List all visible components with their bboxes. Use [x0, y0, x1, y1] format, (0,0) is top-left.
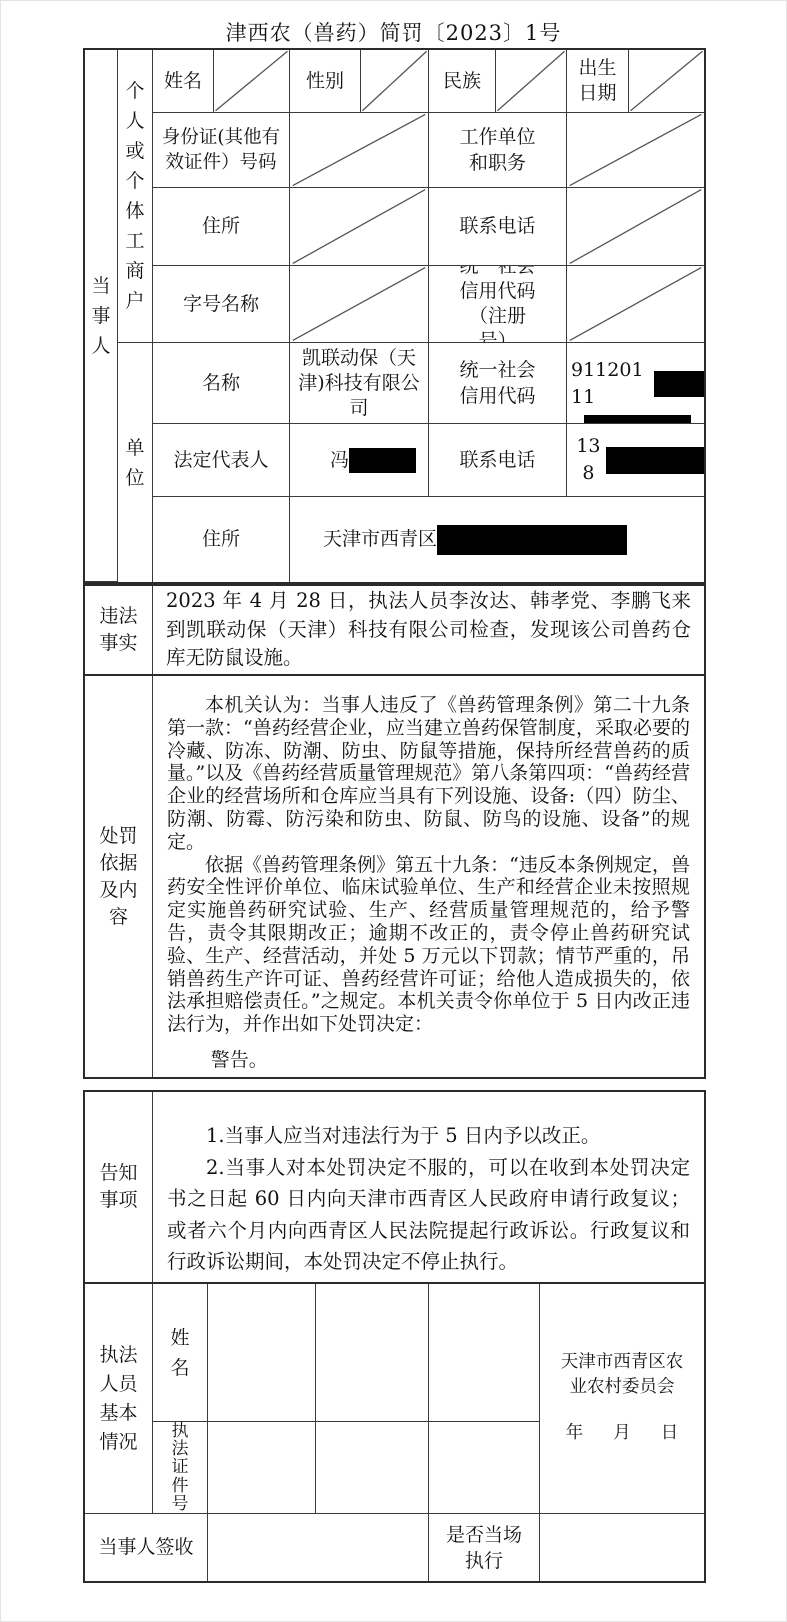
individual-gender-blank: [361, 50, 429, 113]
individual-ethnic-blank: [496, 50, 567, 113]
redaction-block: [349, 448, 416, 473]
diagonal-slash-icon: [629, 50, 704, 112]
individual-group-label: 个人或个体工商户: [118, 50, 153, 343]
officer-cert-cell: [316, 1422, 429, 1514]
unit-group-label: 单位: [118, 343, 153, 582]
diagonal-slash-icon: [496, 50, 566, 112]
unit-legal-rep-value: 冯: [290, 424, 429, 497]
unit-address-value: 天津市西青区: [290, 497, 704, 582]
officers-section-label: 执法人员基本情况: [85, 1284, 153, 1514]
diagonal-slash-icon: [290, 266, 428, 342]
diagonal-slash-icon: [214, 50, 289, 112]
unit-address-label: 住所: [153, 497, 290, 582]
day-label: 日: [661, 1420, 679, 1447]
year-label: 年: [566, 1420, 584, 1447]
diagonal-slash-icon: [567, 113, 704, 187]
notice-item-2: 2.当事人对本处罚决定不服的，可以在收到本处罚决定书之日起 60 日内向天津市西…: [167, 1152, 690, 1278]
individual-id-blank: [290, 113, 429, 188]
notice-label: 告知事项: [85, 1092, 153, 1282]
notice-content: 1.当事人应当对违法行为于 5 日内予以改正。 2.当事人对本处罚决定不服的，可…: [153, 1092, 704, 1282]
penalty-decision-document: 津西农（兽药）简罚〔2023〕1号 当事人 个人或个体工商户 单位 姓名 性别 …: [0, 0, 787, 1622]
individual-address-label: 住所: [153, 188, 290, 266]
diagonal-slash-icon: [567, 188, 704, 265]
penalty-content: 本机关认为：当事人违反了《兽药管理条例》第二十九条第一款：“兽药经营企业，应当建…: [153, 676, 704, 1077]
individual-phone-label: 联系电话: [429, 188, 567, 266]
diagonal-slash-icon: [290, 188, 428, 265]
party-table: 当事人 个人或个体工商户 单位 姓名 性别 民族 出生日期: [83, 48, 706, 584]
month-label: 月: [613, 1420, 631, 1447]
individual-shop-name-label: 字号名称: [153, 266, 290, 343]
penalty-paragraph: 本机关认为：当事人违反了《兽药管理条例》第二十九条第一款：“兽药经营企业，应当建…: [167, 694, 690, 854]
individual-address-blank: [290, 188, 429, 266]
individual-credit-code-blank: [567, 266, 704, 343]
date-line: 年 月 日: [566, 1420, 679, 1447]
redaction-block: [654, 371, 704, 397]
individual-ethnic-label: 民族: [429, 50, 496, 113]
unit-credit-code-label: 统一社会信用代码: [429, 343, 567, 424]
redaction-block: [584, 415, 691, 425]
party-section-label: 当事人: [85, 50, 118, 582]
officer-cert-cell: [208, 1422, 316, 1514]
unit-name-label: 名称: [153, 343, 290, 424]
individual-phone-blank: [567, 188, 704, 266]
officers-table: 执法人员基本情况 姓名 天津市西青区农业农村委员会 年 月 日 执法证件号: [83, 1282, 706, 1583]
diagonal-slash-icon: [567, 266, 704, 342]
facts-content: 2023 年 4 月 28 日，执法人员李汝达、韩孝党、李鹏飞来到凯联动保（天津…: [153, 586, 704, 674]
individual-birth-blank: [629, 50, 704, 113]
notice-table: 告知事项 1.当事人应当对违法行为于 5 日内予以改正。 2.当事人对本处罚决定…: [83, 1090, 706, 1284]
authority-name: 天津市西青区农业农村委员会: [554, 1350, 690, 1400]
redaction-block: [437, 525, 627, 555]
party-receipt-label: 当事人签收: [85, 1514, 208, 1581]
officer-name-label: 姓名: [153, 1284, 208, 1422]
penalty-table: 处罚依据及内容 本机关认为：当事人违反了《兽药管理条例》第二十九条第一款：“兽药…: [83, 674, 706, 1079]
notice-item-1: 1.当事人应当对违法行为于 5 日内予以改正。: [167, 1120, 690, 1152]
penalty-decision: 警告。: [167, 1049, 690, 1072]
redaction-block: [606, 447, 704, 474]
individual-name-blank: [214, 50, 290, 113]
officer-name-cell: [316, 1284, 429, 1422]
individual-gender-label: 性别: [290, 50, 361, 113]
facts-label: 违法事实: [85, 586, 153, 674]
diagonal-slash-icon: [361, 50, 428, 112]
officer-name-cell: [429, 1284, 540, 1422]
unit-legal-rep-label: 法定代表人: [153, 424, 290, 497]
individual-birth-label: 出生日期: [567, 50, 629, 113]
unit-phone-label: 联系电话: [429, 424, 567, 497]
penalty-paragraph: 依据《兽药管理条例》第五十九条：“违反本条例规定，兽药安全性评价单位、临床试验单…: [167, 854, 690, 1036]
individual-shop-name-blank: [290, 266, 429, 343]
individual-work-label: 工作单位和职务: [429, 113, 567, 188]
individual-credit-code-label: 统一社会信用代码（注册号）: [429, 266, 567, 343]
authority-signature-cell: 天津市西青区农业农村委员会 年 月 日: [540, 1284, 704, 1514]
onsite-execution-label: 是否当场执行: [429, 1514, 540, 1581]
facts-table: 违法事实 2023 年 4 月 28 日，执法人员李汝达、韩孝党、李鹏飞来到凯联…: [83, 584, 706, 676]
unit-credit-code-value: 91120111: [567, 343, 704, 424]
diagonal-slash-icon: [290, 113, 428, 187]
onsite-execution-cell: [540, 1514, 704, 1581]
individual-id-label: 身份证(其他有效证件）号码: [153, 113, 290, 188]
individual-name-label: 姓名: [153, 50, 214, 113]
unit-phone-value: 138: [567, 424, 704, 497]
officer-cert-cell: [429, 1422, 540, 1514]
officer-name-cell: [208, 1284, 316, 1422]
party-receipt-cell: [208, 1514, 429, 1581]
penalty-label: 处罚依据及内容: [85, 676, 153, 1077]
individual-work-blank: [567, 113, 704, 188]
unit-name-value: 凯联动保（天津)科技有限公司: [290, 343, 429, 424]
officer-cert-label: 执法证件号: [153, 1422, 208, 1514]
document-number-title: 津西农（兽药）简罚〔2023〕1号: [1, 17, 786, 47]
